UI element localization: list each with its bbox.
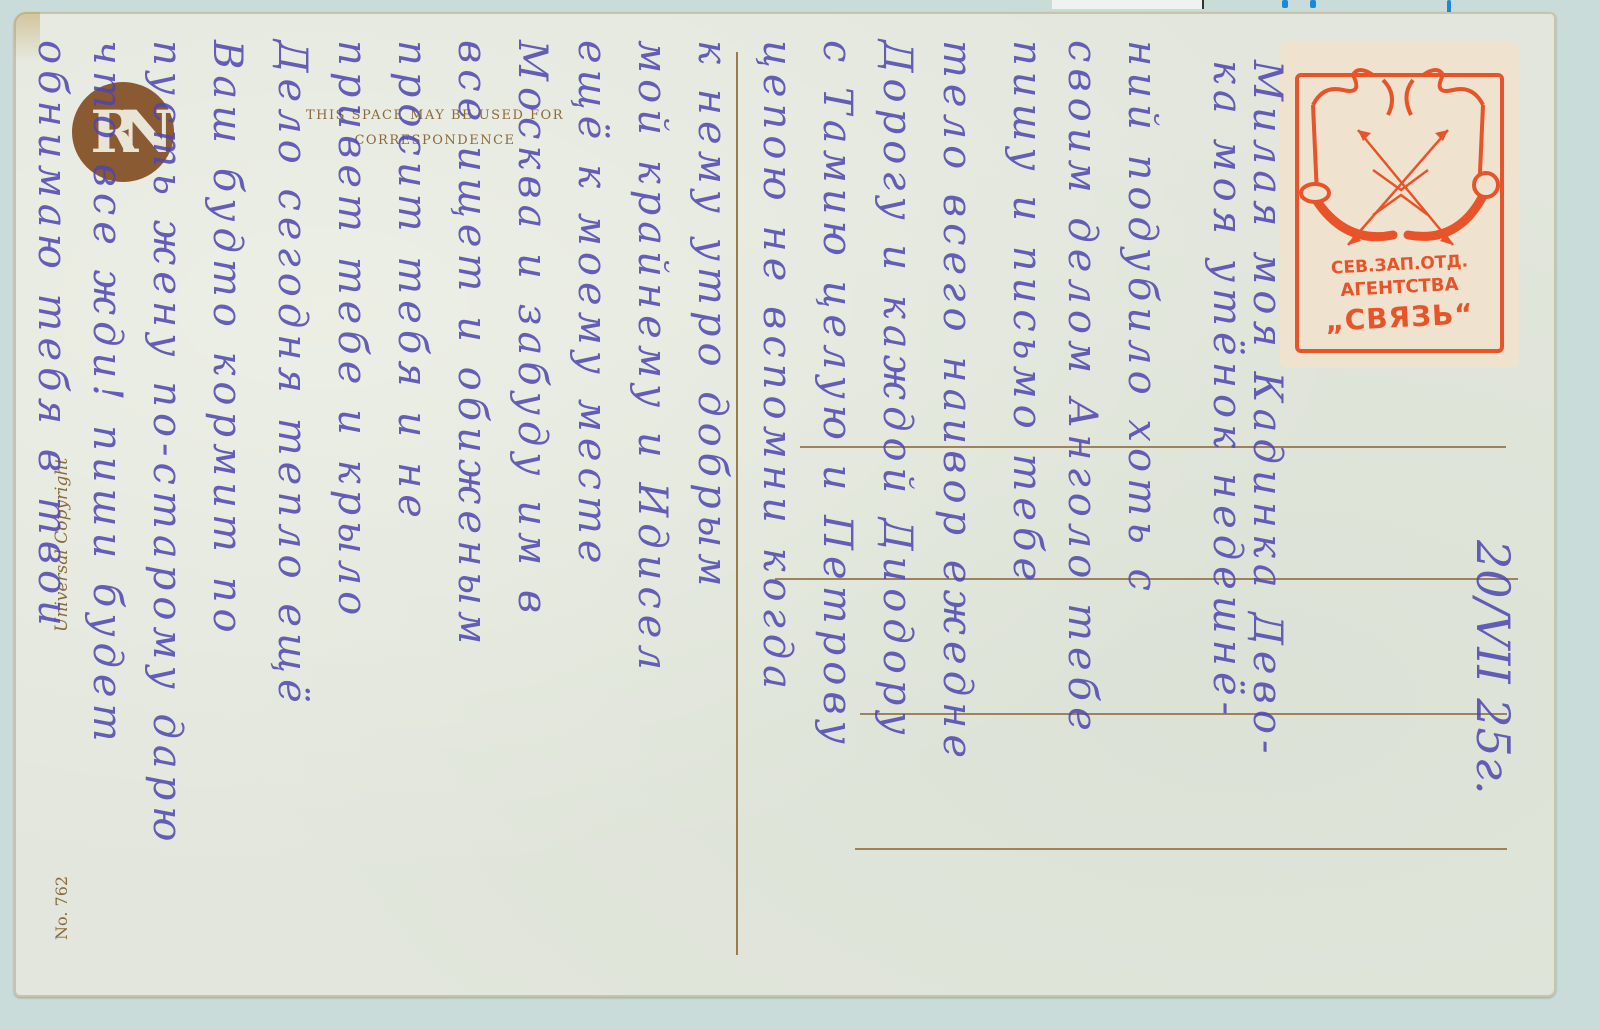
handwriting-line: к нему утро добрым (689, 40, 735, 592)
ink-mark (1282, 0, 1288, 8)
handwriting-line: обнимаю тебя в твои (29, 40, 75, 632)
handwriting-line: ний подубило хоть с (1119, 40, 1165, 597)
catalog-number: No. 762 (52, 876, 71, 940)
handwriting-line: ка моя утёнок недешнё- (1204, 60, 1250, 721)
handwriting-line: Милая моя Кадинка Дево- (1244, 60, 1290, 759)
postage-stamp: СЕВ.ЗАП.ОТД. АГЕНТСТВА „СВЯЗЬ“ (1283, 45, 1516, 365)
handwriting-line: с Тамию целую и Петрову (814, 40, 860, 750)
handwriting-line: Дорогу и каждой Диодору (874, 40, 920, 741)
handwriting-line: пусть жену по-старому дарю (144, 40, 190, 848)
address-line-4 (855, 848, 1507, 850)
handwriting-line: Ваш будто кормит по (204, 40, 250, 639)
handwritten-date: 20/VII 25г. (1466, 540, 1520, 795)
handwriting-line: своим делом Анголо тебе (1059, 40, 1105, 737)
handwriting-line: Дело сегодня тепло ещё (269, 40, 315, 709)
handwriting-line: привет тебе и крыло (329, 40, 375, 621)
center-divider-line (736, 52, 738, 955)
handwriting-line: ещё к моему месте (569, 40, 615, 570)
handwriting-line: все ищет и обиженым (449, 40, 495, 650)
handwriting-line: цепою не вспомни когда (754, 40, 800, 695)
handwriting-line: Москва и забуду им в (509, 40, 555, 619)
ink-mark (1310, 0, 1316, 8)
handwriting-line: что все жди! пиши будет (84, 40, 130, 748)
handwriting-line: просит тебя и не (389, 40, 435, 524)
handwriting-line: мой крайнему и Идисел (629, 40, 675, 676)
handwriting-line: пишу и письмо тебе (1004, 40, 1050, 587)
handwriting-line: тело всего наивор ежедне (934, 40, 980, 764)
ink-mark (1340, 998, 1480, 1018)
scan-label-strip (1052, 0, 1204, 9)
